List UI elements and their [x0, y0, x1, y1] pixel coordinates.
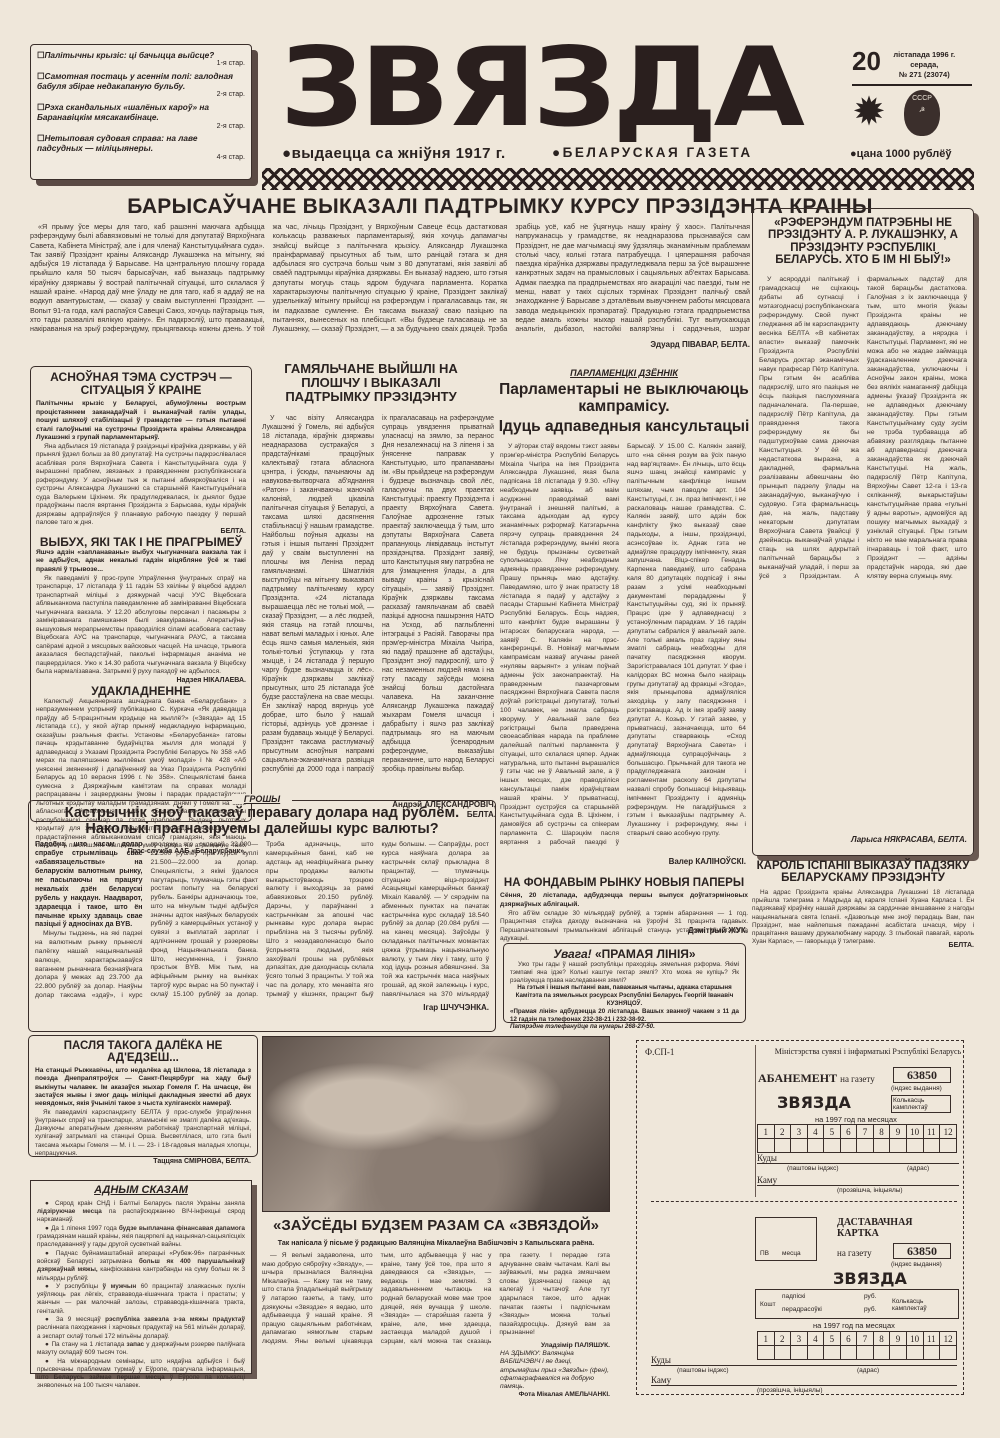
where-field[interactable]: Куды: [757, 1153, 959, 1164]
bonds-byline: Дзмітрый ЖУК.: [600, 926, 748, 935]
month-cell[interactable]: 10: [906, 1332, 923, 1346]
parliament-text: У аўторак стаў вядомы тэкст заявы прэм'е…: [500, 443, 746, 853]
postal-index-label: (паштовы індэкс): [787, 1165, 839, 1172]
teaser-item[interactable]: Палітычны крызіс: ці бачыцца выйсце?1-я …: [37, 50, 245, 69]
parliament-byline: Валер КАЛІНОЎСКІ.: [560, 857, 746, 866]
teaser-item[interactable]: Рэха скандальных «шалёных кароў» на Бара…: [37, 102, 245, 131]
month-cell[interactable]: 9: [890, 1125, 907, 1139]
form-code: Ф.СП-1: [645, 1047, 674, 1057]
brief-item: ● Сярод краін СНД і Балтыі Беларусь пасл…: [37, 1200, 245, 1225]
month-cell[interactable]: 11: [923, 1125, 940, 1139]
month-cell[interactable]: 8: [873, 1332, 890, 1346]
train-lead: На станцыі Рыжкавічы, што недалёка ад Шк…: [35, 1067, 251, 1109]
referendum-box: «РЭФЕРЭНДУМ ПАТРЭБНЫ НЕ ПРЭЗІДЭНТУ А. Р.…: [752, 208, 974, 856]
train-byline: Таццяна СМІРНОВА, БЕЛТА.: [35, 1158, 251, 1165]
delivery-index-label: (індэкс выдання): [891, 1261, 942, 1268]
month-input-cell[interactable]: [923, 1139, 940, 1153]
spain-text: На адрас Прэзідэнта краіны Аляксандра Лу…: [752, 889, 974, 946]
month-input-cell[interactable]: [857, 1139, 874, 1153]
month-cell[interactable]: 5: [824, 1332, 841, 1346]
month-input-cell[interactable]: [873, 1139, 890, 1153]
month-cell[interactable]: 2: [774, 1125, 791, 1139]
masthead-since: выдаецца са жніўня 1917 г.: [282, 145, 506, 162]
explosion-text: Як паведамілі ў прэс-групе Упраўлення ўн…: [36, 575, 246, 677]
train-box: ПАСЛЯ ТАКОГА ДАЛЁКА НЕ АД'ЕДЗЕШ... На ст…: [28, 1035, 258, 1157]
currency-headline: Кастрычнік зноў паказаў перавагу долара …: [35, 806, 489, 837]
referendum-text: У асяроддзі палітыкаў і грамадскасці не …: [759, 275, 967, 835]
month-cell[interactable]: 7: [857, 1332, 874, 1346]
divider: [852, 84, 972, 86]
hotline-phone: Папярэдне тэлефануйце па нумары 268-27-5…: [510, 1023, 739, 1030]
month-cell[interactable]: 4: [807, 1332, 824, 1346]
brief-item: ● У рэспубліцы ў мужчын 60 працэнтаў зла…: [37, 1283, 245, 1316]
delivery-index-field[interactable]: 63850: [893, 1243, 951, 1259]
delivery-postal-label: (паштовы індэкс): [677, 1367, 729, 1374]
hotline-box: Увага! «ПРАМАЯ ЛІНІЯ» Ужо тры гады ў наш…: [503, 943, 746, 1023]
month-input-cell[interactable]: [840, 1139, 857, 1153]
bonds-headline: НА ФОНДАВЫМ РЫНКУ НОВЫЯ ПАПЕРЫ: [500, 877, 748, 889]
delivery-year-label: на 1997 год па месяцах: [813, 1321, 895, 1330]
cut-line: [651, 1201, 957, 1202]
bonds-lead: Сёння, 20 лістапада, адбудзецца першы вы…: [500, 892, 748, 909]
spain-headline: КАРОЛЬ ІСПАНІІ ВЫКАЗАЎ ПАДЗЯКУ БЕЛАРУСКА…: [752, 860, 974, 885]
currency-rubric: ГРОШЫ: [232, 794, 292, 804]
brief-item: ● Да 1 ліпеня 1997 года будзе выплачана …: [37, 1225, 245, 1250]
month-input-cell[interactable]: [774, 1139, 791, 1153]
brief-item: ● За 9 месяцаў рэспубліка завезла з-за м…: [37, 1316, 245, 1341]
year-label: на 1997 год па месяцах: [815, 1115, 897, 1124]
train-headline: ПАСЛЯ ТАКОГА ДАЛЁКА НЕ АД'ЕДЗЕШ...: [35, 1040, 251, 1065]
currency-columns: Падобна, што часам долар спрабуе стрымлі…: [35, 841, 489, 1003]
gomel-text: У час візіту Аляксандра Лукашэнкі ў Гоме…: [262, 414, 494, 799]
delivery-title: ДАСТАВАЧНАЯ КАРТКА: [837, 1217, 927, 1239]
brief-item: ● На міжнародным семінары, што нядаўна а…: [37, 1358, 245, 1391]
month-cell[interactable]: 3: [791, 1332, 808, 1346]
referendum-byline: Ларыса НЯКРАСАВА, БЕЛТА.: [759, 835, 967, 844]
cccp-order-icon: СССР☭: [904, 90, 940, 136]
form-paper-name: ЗВЯЗДА: [777, 1093, 851, 1112]
parliament-rubric: ПАРЛАМЕНЦКІ ДЗЁННІК: [500, 368, 748, 378]
whom-field[interactable]: Каму: [757, 1175, 959, 1186]
month-cell[interactable]: 2: [774, 1332, 791, 1346]
meeting-headline: АСНОЎНАЯ ТЭМА СУСТРЭЧ — СІТУАЦЫЯ Ў КРАІН…: [36, 371, 246, 397]
meeting-text: Яна адбылася 19 лістапада ў рэзідэнцыі к…: [36, 443, 246, 528]
delivery-address-label: (адрас): [857, 1367, 879, 1374]
delivery-paper-name: ЗВЯЗДА: [833, 1269, 907, 1288]
sets-field[interactable]: Колькасць камплектаў: [891, 1095, 951, 1113]
meeting-byline: БЕЛТА.: [36, 528, 246, 535]
month-cell[interactable]: 1: [758, 1125, 775, 1139]
zvyazda-subhead: Так напісала ў пісьме ў рэдакцыю Валянці…: [262, 1240, 610, 1247]
lead-byline: Эдуард ПІВАВАР, БЕЛТА.: [560, 340, 750, 349]
currency-lead: Падобна, што часам долар спрабуе стрымлі…: [35, 841, 143, 930]
issue-date-box: 20 лістапада 1996 г. серада, № 271 (2307…: [852, 46, 972, 86]
month-cell[interactable]: 12: [940, 1125, 957, 1139]
month-cell[interactable]: 8: [873, 1125, 890, 1139]
explosion-byline: Надзея НІКАЛАЕВА.: [36, 677, 246, 684]
month-cell[interactable]: 12: [940, 1332, 957, 1346]
meeting-box: АСНОЎНАЯ ТЭМА СУСТРЭЧ — СІТУАЦЫЯ Ў КРАІН…: [30, 366, 252, 822]
gomel-headline: ГАМЯЛЬЧАНЕ ВЫЙШЛІ НА ПЛОШЧУ І ВЫКАЗАЛІ П…: [262, 362, 480, 404]
masthead-subtitle: БЕЛАРУСКАЯ ГАЗЕТА: [552, 145, 753, 160]
index-field[interactable]: 63850: [893, 1067, 951, 1083]
month-cell[interactable]: 4: [807, 1125, 824, 1139]
delivery-name-label: (прозвішча, ініцыялы): [757, 1387, 823, 1394]
month-input-cell[interactable]: [940, 1139, 957, 1153]
month-cell[interactable]: 6: [840, 1125, 857, 1139]
train-text: Як паведамілі карэспандэнту БЕЛТА ў прэс…: [35, 1109, 251, 1158]
correction-headline: УДАКЛАДНЕННЕ: [36, 685, 246, 698]
currency-byline: Ігар ШЧУЧЭНКА.: [35, 1003, 489, 1012]
currency-box: ГРОШЫ Кастрычнік зноў паказаў перавагу д…: [28, 800, 496, 1032]
zvyazda-credits: Уладзімір ПАЛЯШУК. НА ЗДЫМКУ: Валянціна …: [500, 1342, 610, 1399]
order-star-icon: ✹: [848, 90, 890, 136]
brief-item: ● Падчас буйнамаштабнай аперацыі «Рубеж-…: [37, 1250, 245, 1283]
spain-byline: БЕЛТА.: [880, 942, 974, 949]
parliament-headline-1: Парламентарыі не выключаюць кампрамісу.: [498, 382, 750, 415]
teaser-item[interactable]: Нетыповая судовая справа: на лаве падсуд…: [37, 133, 245, 162]
delivery-where-field[interactable]: Куды: [651, 1355, 957, 1366]
pv-box[interactable]: ПВ месца: [755, 1217, 817, 1261]
briefs-box: АДНЫМ СКАЗАМ ● Сярод краін СНД і Балтыі …: [30, 1180, 252, 1374]
month-input-cell[interactable]: [807, 1139, 824, 1153]
explosion-headline: ВЫБУХ, ЯКІ ТАК І НЕ ПРАГРЫМЕЎ: [36, 536, 246, 549]
delivery-whom-field[interactable]: Каму: [651, 1375, 957, 1386]
form-ministry: Міністэрства сувязі і інфарматыкі Рэспуб…: [773, 1047, 963, 1056]
hotline-schedule: «Прамая лінія» адбудзецца 20 лістапада. …: [510, 1008, 739, 1024]
divider: [755, 1045, 756, 1197]
awards: ✹ СССР☭: [848, 90, 968, 138]
months-grid[interactable]: 123456789101112: [757, 1124, 957, 1153]
meeting-lead: Палітычны крызіс у Беларусі, абумоўлены …: [36, 400, 246, 443]
month-input-cell[interactable]: [758, 1139, 775, 1153]
month-cell[interactable]: 1: [758, 1332, 775, 1346]
brief-item: ● Па стану на 1 лістапада запас у дзяржа…: [37, 1341, 245, 1358]
month-input-cell[interactable]: [824, 1139, 841, 1153]
referendum-headline: «РЭФЕРЭНДУМ ПАТРЭБНЫ НЕ ПРЭЗІДЭНТУ А. Р.…: [759, 217, 967, 267]
delivery-on-paper: на газету: [837, 1248, 872, 1258]
teaser-item[interactable]: Самотная постаць у асеннім полі: галодна…: [37, 71, 245, 100]
zvyazda-headline: «ЗАЎСЁДЫ БУДЗЕМ РАЗАМ СА «ЗВЯЗДОЙ»: [262, 1218, 610, 1234]
month-cell[interactable]: 7: [857, 1125, 874, 1139]
issue-meta: лістапада 1996 г. серада, № 271 (23074): [893, 50, 955, 79]
explosion-lead: Яшчэ адзін «запланаваны» выбух чыгуначна…: [36, 549, 246, 575]
cost-box[interactable]: Кошт падпіскі перадрасоўкі руб. руб. Кол…: [755, 1289, 959, 1319]
month-input-cell[interactable]: [906, 1139, 923, 1153]
hotline-bold: На гэтыя і іншыя пытанні вам, паважаныя …: [510, 984, 739, 1007]
briefs-headline: АДНЫМ СКАЗАМ: [37, 1185, 245, 1197]
hotline-title: Увага! «ПРАМАЯ ЛІНІЯ»: [510, 947, 739, 961]
month-input-cell[interactable]: [791, 1139, 808, 1153]
month-cell[interactable]: 6: [840, 1332, 857, 1346]
name-label: (прозвішча, ініцыялы): [837, 1187, 903, 1194]
month-cell[interactable]: 3: [791, 1125, 808, 1139]
teaser-box: Палітычны крызіс: ці бачыцца выйсце?1-я …: [30, 44, 252, 180]
month-cell[interactable]: 11: [923, 1332, 940, 1346]
briefs-list: ● Сярод краін СНД і Балтыі Беларусь пасл…: [37, 1200, 245, 1391]
address-label: (адрас): [907, 1165, 929, 1172]
month-input-cell[interactable]: [890, 1139, 907, 1153]
ornament-band: [262, 168, 974, 190]
form-title: АБАНЕМЕНТ на газету: [758, 1071, 875, 1086]
photo-placeholder-icon: [262, 1036, 610, 1212]
month-cell[interactable]: 5: [824, 1125, 841, 1139]
issue-day: 20: [852, 46, 881, 77]
month-cell[interactable]: 9: [890, 1332, 907, 1346]
lead-article-text: «Я прыму ўсе меры для таго, каб рашэнні …: [30, 222, 750, 340]
month-cell[interactable]: 10: [906, 1125, 923, 1139]
hotline-text: Ужо тры гады ў нашай рэспубліцы праходзі…: [510, 961, 739, 984]
subscription-form: Ф.СП-1 Міністэрства сувязі і інфарматыкі…: [636, 1040, 964, 1395]
index-label: (індэкс выдання): [891, 1085, 942, 1092]
masthead-price: цана 1000 рублёў: [850, 148, 951, 160]
parliament-headline-2: Ідуць адпаведныя кансультацыі: [498, 419, 750, 436]
masthead-logo: ЗВЯЗДА: [280, 44, 830, 131]
